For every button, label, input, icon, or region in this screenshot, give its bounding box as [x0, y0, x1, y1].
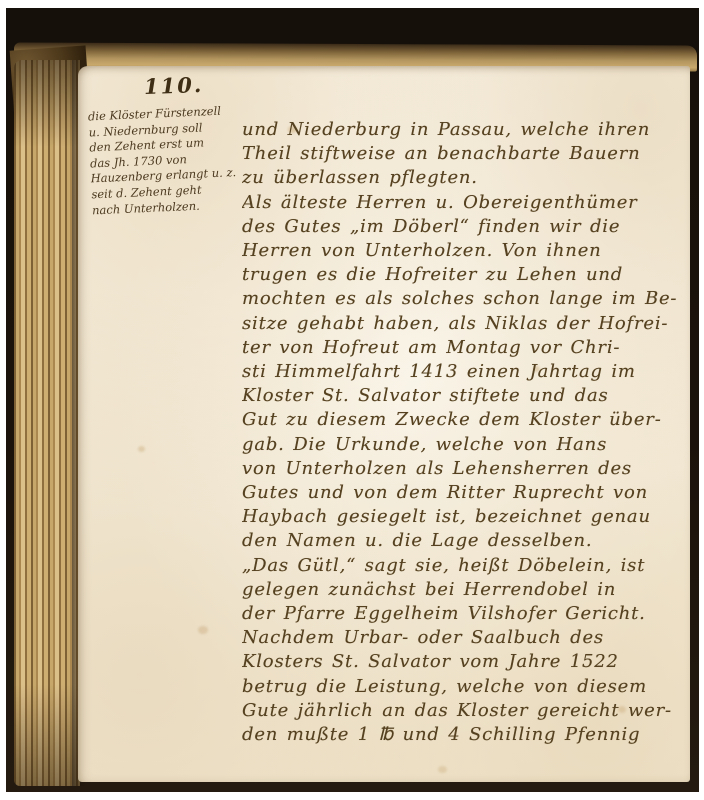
handwriting-line: Klosters St. Salvator vom Jahre 1522 — [242, 650, 704, 674]
handwriting-line: Als älteste Herren u. Obereigenthümer — [242, 191, 704, 215]
foxing-spot — [198, 626, 208, 634]
manuscript-page: 110. die Klöster Fürstenzell u. Niedernb… — [78, 66, 690, 782]
foxing-spot — [438, 766, 447, 773]
scanned-book-photo: 110. die Klöster Fürstenzell u. Niedernb… — [0, 0, 704, 800]
handwriting-line: Gute jährlich an das Kloster gereicht we… — [242, 699, 704, 723]
handwriting-line: trugen es die Hofreiter zu Lehen und — [242, 263, 704, 287]
photo-backdrop: 110. die Klöster Fürstenzell u. Niedernb… — [6, 8, 699, 792]
handwriting-line: Haybach gesiegelt ist, bezeichnet genau — [242, 505, 704, 529]
handwriting-line: ter von Hofreut am Montag vor Chri- — [242, 336, 704, 360]
handwriting-line: gab. Die Urkunde, welche von Hans — [242, 433, 704, 457]
handwriting-line: den Namen u. die Lage desselben. — [242, 529, 704, 553]
handwriting-line: von Unterholzen als Lehensherren des — [242, 457, 704, 481]
handwriting-line: Nachdem Urbar- oder Saalbuch des — [242, 626, 704, 650]
handwriting-line: zu überlassen pflegten. — [242, 166, 704, 190]
handwriting-line: Herren von Unterholzen. Von ihnen — [242, 239, 704, 263]
handwriting-line: sti Himmelfahrt 1413 einen Jahrtag im — [242, 360, 704, 384]
handwriting-line: und Niederburg in Passau, welche ihren — [242, 118, 704, 142]
handwriting-line: Gut zu diesem Zwecke dem Kloster über- — [242, 408, 704, 432]
handwriting-line: Gutes und von dem Ritter Ruprecht von — [242, 481, 704, 505]
foxing-spot — [138, 446, 145, 452]
handwriting-line: gelegen zunächst bei Herrendobel in — [242, 578, 704, 602]
manuscript-body-text: und Niederburg in Passau, welche ihren T… — [242, 118, 704, 747]
handwriting-line: sitze gehabt haben, als Niklas der Hofre… — [242, 312, 704, 336]
handwriting-line: Theil stiftweise an benachbarte Bauern — [242, 142, 704, 166]
page-number: 110. — [144, 72, 204, 99]
handwriting-line: Kloster St. Salvator stiftete und das — [242, 384, 704, 408]
handwriting-line: mochten es als solches schon lange im Be… — [242, 287, 704, 311]
book-fore-edge-pages — [14, 60, 80, 786]
handwriting-line: den mußte 1 ℔ und 4 Schilling Pfennig — [242, 723, 704, 747]
margin-note: die Klöster Fürstenzell u. Niedernburg s… — [88, 103, 251, 219]
handwriting-line: betrug die Leistung, welche von diesem — [242, 675, 704, 699]
handwriting-line: „Das Gütl,“ sagt sie, heißt Döbelein, is… — [242, 554, 704, 578]
handwriting-line: des Gutes „im Döberl“ finden wir die — [242, 215, 704, 239]
handwriting-line: der Pfarre Eggelheim Vilshofer Gericht. — [242, 602, 704, 626]
